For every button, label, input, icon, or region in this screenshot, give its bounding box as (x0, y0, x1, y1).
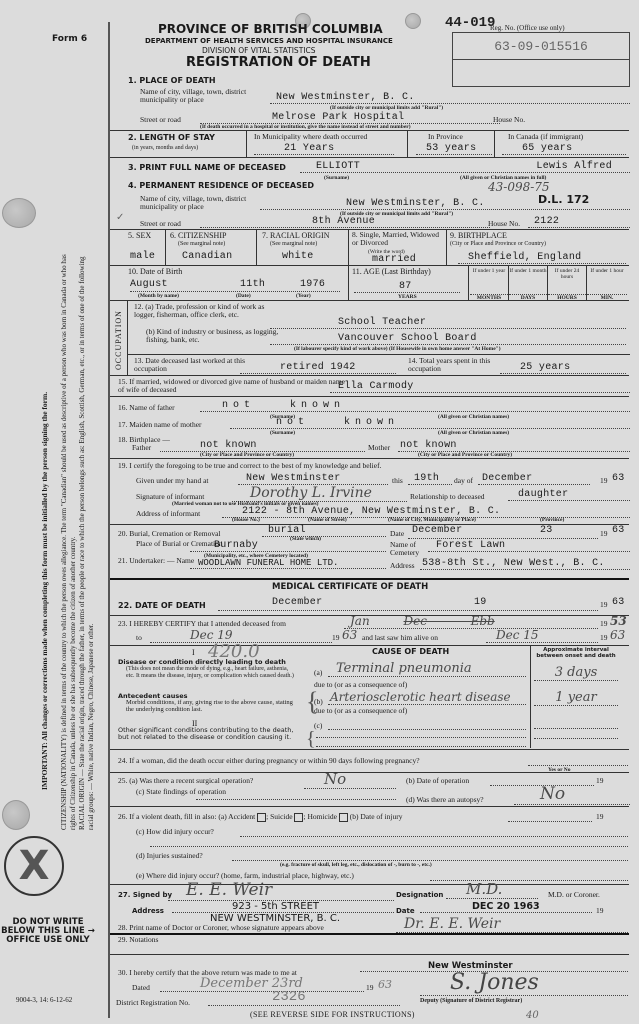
interval-b: 1 year (534, 690, 618, 706)
s8-label: 8. Single, Married, Widowed or Divorced (352, 231, 444, 247)
s4-house-label: House No. (488, 220, 520, 228)
occupation-side-label: OCCUPATION (114, 310, 123, 370)
s1-house-label: House No. (493, 116, 525, 124)
s19-certify: 19. I certify the foregoing to be true a… (118, 462, 381, 470)
s1-city-value: New Westminster, B. C. (270, 92, 630, 104)
s7-label: 7. RACIAL ORIGIN (262, 231, 329, 240)
s25d-value: No (514, 784, 630, 805)
s2-title: 2. LENGTH OF STAY (128, 133, 215, 142)
s23-strikeout: Dec ——— Ebb (404, 614, 495, 628)
s13-value: retired 1942 (240, 362, 396, 374)
addr-note-province: (Province) (540, 517, 564, 523)
x-mark-icon: X (4, 836, 64, 896)
suicide-label: Suicide (270, 812, 293, 821)
section-10-11-row: 10. Date of Birth August 11th 1976 (Mont… (110, 265, 630, 301)
s4-house-value: 2122 (528, 216, 630, 228)
s12b-value: Vancouver School Board (270, 333, 626, 345)
s14-value: 25 years (500, 362, 626, 374)
s1-city-note: (If outside city or municipal limits add… (330, 105, 443, 111)
s4-dl: D.L. 172 (538, 193, 589, 206)
s9-value: Sheffield, England (458, 252, 626, 264)
s26b-year-prefix: 19 (596, 813, 604, 821)
reg-number-box: 63-09-015516 (452, 32, 630, 87)
s12b-note: (If labourer specify kind of work above)… (294, 346, 501, 352)
s26-label: 26. If a violent death, fill in also: (a… (118, 812, 255, 821)
s5-label: 5. SEX (128, 231, 151, 240)
s27-year-prefix: 19 (596, 907, 604, 915)
s3-given: Lewis Alfred (536, 161, 612, 172)
interval-title: Approximate interval between onset and d… (532, 647, 620, 659)
s27-address-label: Address (132, 907, 164, 915)
s1-street-label: Street or road (140, 116, 181, 124)
margin-important-note: IMPORTANT: All changes or corrections ma… (40, 230, 49, 790)
cause-a-value: Terminal pneumonia (328, 661, 526, 677)
under-24-hours: If under 24 hours (548, 268, 586, 280)
s18-mother-value: not known (398, 440, 630, 452)
s17-surname-label: (Surname) (270, 430, 295, 436)
s19-day-of-label: day of (454, 477, 473, 485)
s23-last-year-prefix: 19 (600, 634, 608, 642)
page-mark: 40 (526, 1010, 539, 1021)
direct-cause-note: (This does not mean the mode of dying, e… (126, 666, 296, 679)
brace-icon: { (306, 729, 316, 749)
s26b-label: (b) Date of injury (350, 812, 403, 821)
dob-month: August (130, 279, 168, 290)
addr-note-street: (Name of Street) (308, 517, 347, 523)
s2-sub: (in years, months and days) (132, 145, 198, 151)
s17-given: known (344, 417, 399, 428)
form-number: Form 6 (52, 34, 87, 44)
s4-annotation: 43-098-75 (488, 180, 550, 194)
dob-month-label: (Month by name) (138, 293, 179, 299)
under-1-hour: If under 1 hour (587, 268, 627, 274)
s4-street-value: 8th Avenue (200, 216, 490, 228)
addr-note-house: (House No.) (232, 517, 260, 523)
s27-designation-suffix: M.D. or Coroner. (548, 891, 600, 899)
s23-last-year: 63 (610, 628, 625, 642)
s19-addr-label: Address of informant (136, 510, 200, 518)
occupation-side: OCCUPATION (112, 300, 128, 375)
due-to-b: due to (or as a consequence of) (314, 707, 407, 715)
s27-date-value: DEC 20 1963 (420, 901, 592, 913)
s25c-value (196, 796, 396, 800)
interval-other (534, 731, 618, 739)
cause-b-prefix: (b) (314, 698, 323, 706)
s20-date-year: 63 (612, 525, 625, 536)
s16-line: not known (200, 400, 630, 412)
s27-address-value: 923 - 5th STREET (172, 901, 394, 913)
informant-signature: Dorothy L. Irvine (232, 485, 407, 502)
s19-this-label: this (392, 477, 403, 485)
s26b-value (508, 813, 592, 822)
s21-value: WOODLAWN FUNERAL HOME LTD. (190, 558, 386, 569)
s19-year-prefix: 19 (600, 477, 608, 485)
cause-of-death-block: I 420.0 CAUSE OF DEATH Disease or condit… (110, 645, 620, 748)
s27-date-label: Date (396, 907, 415, 915)
dob-year: 1976 (300, 279, 325, 290)
s23-from-year-prefix: 19 (600, 620, 608, 628)
s25b-label: (b) Date of operation (406, 777, 469, 785)
s16-surname: not (222, 400, 255, 411)
doctor-signature: E. E. Weir (168, 880, 394, 901)
s23-from: Jan (350, 614, 370, 628)
document-title: REGISTRATION OF DEATH (186, 55, 371, 70)
s20-date-day: 23 (540, 525, 553, 536)
s25a-value: No (304, 770, 396, 789)
s22-year: 63 (612, 597, 625, 608)
s20-date-label: Date (390, 530, 404, 538)
s17-label: 17. Maiden name of mother (118, 421, 202, 429)
s3-title: 3. PRINT FULL NAME OF DECEASED (128, 163, 286, 172)
s25c-label: (c) State findings of operation (136, 788, 236, 796)
province-title: PROVINCE OF BRITISH COLUMBIA (158, 22, 383, 36)
addr-note-city: (Name of City, Municipality or Place) (388, 517, 476, 523)
s26c-label: (c) How did injury occur? (136, 828, 214, 836)
s20-date-line: December 23 (408, 525, 598, 539)
footer-instructions: (SEE REVERSE SIDE FOR INSTRUCTIONS) (250, 1010, 415, 1019)
margin-citizenship-note: CITIZENSHIP (NATIONALITY) is defined in … (60, 240, 78, 830)
s29-label: 29. Notations (118, 936, 158, 944)
s26d-value (232, 852, 628, 861)
cause-b-value: Arteriosclerotic heart disease (328, 690, 526, 705)
s19-given-label: Given under my hand at (136, 477, 208, 485)
due-to-a: due to (or as a consequence of) (314, 681, 407, 689)
s18-father-label: Father (132, 444, 151, 452)
reg-label: Reg. No. (Office use only) (490, 24, 565, 32)
other-conditions-label: Other significant conditions contributin… (118, 727, 296, 741)
s23-to-year-prefix: 19 (332, 634, 340, 642)
s21-address-value: 538-8th St., New West., B. C. (420, 558, 630, 570)
s26c-value (240, 828, 628, 837)
homicide-checkbox[interactable] (339, 813, 348, 822)
s18-mother-label: Mother (368, 444, 390, 452)
s23-last: Dec 15 (486, 628, 598, 643)
s7-note: (See marginal note) (270, 241, 317, 247)
section-12-14-occupation: OCCUPATION 12. (a) Trade, profession or … (110, 300, 630, 375)
cause-a-prefix: (a) (314, 669, 322, 677)
antecedent-note: Morbid conditions, if any, giving rise t… (126, 699, 296, 713)
s12a-label: 12. (a) Trade, profession or kind of wor… (134, 303, 284, 319)
s25d-label: (d) Was there an autopsy? (406, 796, 484, 804)
s26e-label: (e) Where did injury occur? (home, farm,… (136, 872, 354, 880)
s2-col3-value: 65 years (502, 143, 626, 155)
homicide-label: Homicide (307, 812, 337, 821)
s5-value: male (130, 251, 155, 262)
s24-answer[interactable] (528, 757, 628, 766)
s20-place-value: Burnaby (190, 540, 386, 552)
s3-surname-label: (Surname) (324, 175, 349, 181)
s4-city-label: Name of city, village, town, district mu… (140, 195, 270, 211)
s3-surname: ELLIOTT (316, 161, 360, 172)
s8-value: married (372, 254, 416, 265)
s24-label: 24. If a woman, did the death occur eith… (118, 757, 420, 765)
s18-father-value: not known (160, 440, 365, 452)
s17-line: not known (230, 417, 630, 429)
s3-name-line: ELLIOTT Lewis Alfred (300, 161, 630, 173)
s2-col3-label: In Canada (if immigrant) (508, 133, 583, 141)
s2-col1-label: In Municipality where death occurred (254, 133, 367, 141)
s22-day: 19 (474, 597, 487, 608)
s7-value: white (282, 251, 314, 262)
s17-given-label: (All given or Christian names) (438, 430, 509, 436)
s20-date-month: December (412, 525, 462, 536)
s30-dated-label: Dated (132, 984, 150, 992)
section-1-title: 1. PLACE OF DEATH (128, 76, 216, 85)
margin-racial-note: RACIAL ORIGIN — State the racial origin,… (78, 240, 96, 830)
suicide-checkbox[interactable] (294, 813, 303, 822)
cause-c-value (328, 720, 526, 730)
s27-designation-value: M.D. (446, 880, 538, 899)
interval-c (534, 721, 618, 729)
s27-signed-label: 27. Signed by (118, 891, 172, 899)
s23-to-year: 63 (342, 628, 357, 642)
s15-label: 15. If married, widowed or divorced give… (118, 378, 348, 394)
s23-last-label: and last saw him alive on (362, 634, 438, 642)
s20-year-prefix: 19 (600, 530, 608, 538)
s2-col1-value: 21 Years (254, 143, 394, 155)
reg-number: 63-09-015516 (453, 33, 629, 60)
under-1-year: If under 1 year (470, 268, 508, 274)
s28-value: Dr. E. E. Weir (396, 916, 628, 933)
s25a-label: 25. (a) Was there a recent surgical oper… (118, 777, 253, 785)
s2-col2-value: 53 years (416, 143, 492, 155)
s19-sig-label: Signature of informant (136, 493, 204, 501)
registrar-signature-line (420, 990, 628, 996)
direct-cause-label: Disease or condition directly leading to… (118, 659, 296, 666)
s26d-note: (e.g. fracture of skull, left leg, etc.,… (280, 862, 432, 868)
interval-a: 3 days (534, 665, 618, 681)
s15-value: Ella Carmody (330, 381, 630, 393)
section-5-9-row: 5. SEX male 6. CITIZENSHIP (See marginal… (110, 229, 630, 265)
s23-to-label: to (136, 634, 142, 642)
punch-hole (2, 800, 30, 830)
s21-address-label: Address (390, 562, 415, 570)
s27-designation-label: Designation (396, 891, 443, 899)
other-condition-line-2 (316, 741, 526, 747)
s9-note: (City or Place and Province or Country) (450, 241, 546, 247)
s19-day: 19th (408, 473, 452, 485)
s20-cemetery-value: Forest Lawn (428, 540, 630, 552)
s6-value: Canadian (182, 251, 232, 262)
s28-label: 28. Print name of Doctor or Coroner, who… (118, 924, 324, 932)
dob-date: 11th (240, 279, 265, 290)
punch-hole (2, 198, 36, 228)
s9-label: 9. BIRTHPLACE (450, 231, 507, 240)
section-2-length-of-stay: 2. LENGTH OF STAY (in years, months and … (110, 130, 630, 157)
s6-note: (See marginal note) (178, 241, 225, 247)
dob-date-label: (Date) (236, 293, 251, 299)
s30-registrar-label: Deputy (Signature of District Registrar) (420, 998, 522, 1004)
age-value: 87 (354, 281, 460, 293)
s19-given-place: New Westminster (238, 473, 388, 485)
s30-district-value: 2326 (208, 989, 400, 1006)
department-title: DEPARTMENT OF HEALTH SERVICES AND HOSPIT… (145, 37, 393, 45)
s20-label: 20. Burial, Cremation or Removal (118, 530, 220, 538)
s11-label: 11. AGE (Last Birthday) (352, 267, 431, 276)
s4-street-label: Street or road (140, 220, 181, 228)
cause-title: CAUSE OF DEATH (372, 647, 449, 656)
s10-label: 10. Date of Birth (128, 267, 182, 276)
division-title: DIVISION OF VITAL STATISTICS (202, 46, 316, 55)
dob-year-label: (Year) (296, 293, 311, 299)
s30-district-label: District Registration No. (116, 999, 190, 1007)
s19-month: December (478, 473, 590, 485)
s2-col2-label: In Province (428, 133, 463, 141)
s6-label: 6. CITIZENSHIP (170, 231, 226, 240)
under-1-month: If under 1 month (509, 268, 547, 274)
s16-label: 16. Name of father (118, 404, 175, 412)
accident-checkbox[interactable] (257, 813, 266, 822)
s17-surname: not (276, 417, 309, 428)
s23-from-line: Jan Dec ——— Ebb (344, 614, 598, 629)
s19-rel-label: Relationship to deceased (410, 493, 485, 501)
s16-given: known (290, 400, 345, 411)
s22-year-prefix: 19 (600, 601, 608, 609)
part-1-label: I (192, 648, 195, 657)
other-condition-line-1 (316, 730, 526, 738)
s20-value: burial (262, 525, 386, 537)
s19-rel-value: daughter (508, 489, 630, 501)
s22-label: 22. DATE OF DEATH (118, 601, 206, 610)
death-registration-document: Form 6 IMPORTANT: All changes or correct… (0, 0, 639, 1024)
form-code: 9004-3, 14: 6-12-62 (16, 996, 72, 1004)
s12a-value: School Teacher (270, 317, 626, 329)
s26-row: 26. If a violent death, fill in also: (a… (118, 813, 402, 822)
medical-cert-title: MEDICAL CERTIFICATE OF DEATH (272, 582, 428, 592)
s26d-label: (d) Injuries sustained? (136, 852, 203, 860)
s1-city-label: Name of city, village, town, district mu… (140, 88, 270, 104)
reg-stamp: 44-019 (445, 15, 495, 31)
s4-title: 4. PERMANENT RESIDENCE OF DECEASED (128, 181, 314, 190)
s22-line: December 19 (218, 597, 598, 611)
s23-label: 23. I HEREBY CERTIFY that I attended dec… (118, 620, 286, 628)
s26c-value-2 (150, 841, 628, 847)
s22-month: December (272, 597, 322, 608)
dob-line: August 11th 1976 (130, 279, 340, 292)
s23-from-year: 53 (610, 614, 627, 628)
s19-year: 63 (612, 473, 625, 484)
check-mark-icon: ✓ (116, 212, 124, 223)
office-use-note: DO NOT WRITE BELOW THIS LINE → OFFICE US… (0, 918, 96, 945)
s1-street-value: Melrose Park Hospital (200, 112, 500, 124)
